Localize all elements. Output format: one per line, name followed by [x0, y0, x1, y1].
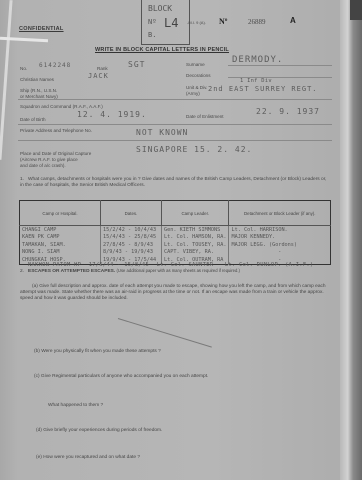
surname-value: DERMODY.	[232, 55, 283, 65]
cell-camp: NONG I. SIAM	[20, 249, 101, 257]
cell-camp: TAMAKAN, SIAM.	[20, 241, 101, 249]
table-row: KAEN PK CAMP 15/4/43 - 25/8/45 Lt. Col. …	[20, 234, 331, 242]
row-divider	[18, 124, 332, 125]
header-detachment-leader: Detachment or Block Leader (if any).	[229, 201, 331, 226]
q1-number: 1.	[20, 177, 24, 182]
stamp-handwritten: L4	[164, 16, 178, 30]
cell-dates: 15/2/42 - 10/4/43	[101, 226, 162, 234]
block-stamp: BLOCK Nº B. L4	[141, 0, 190, 45]
form-heading: WRITE IN BLOCK CAPITAL LETTERS IN PENCIL	[95, 47, 229, 53]
squadron-label: Squadron and Command (R.A.F., A.A.F.)	[20, 104, 103, 109]
form-code: -M.I. 9 (A).	[187, 20, 206, 25]
paper-clip	[0, 0, 13, 160]
cell-camp-leader: Gen. KIETH SIMMONS	[162, 226, 229, 234]
number-label: Nº	[219, 17, 227, 26]
ship-label: Ship (R.N., U.S.N.	[20, 88, 57, 93]
question-2c-followup: What happened to them ?	[48, 403, 103, 408]
cell-camp: CHANGI CAMP	[20, 226, 101, 234]
no-label: No.	[20, 66, 27, 71]
decorations-label: Decorations	[186, 73, 211, 78]
cell-camp: KAEN PK CAMP	[20, 234, 101, 242]
surname-label: Surname	[186, 62, 205, 67]
capture-value: SINGAPORE 15. 2. 42.	[136, 145, 252, 154]
header-camp: Camp or Hospital.	[20, 201, 101, 226]
question-2c: (c) Give Regimental particulars of anyon…	[34, 374, 208, 379]
rank-label: Rank	[97, 66, 108, 71]
q2-title-suffix: (Use additional paper with as many sheet…	[117, 268, 240, 273]
strike-line	[118, 318, 212, 348]
unit-label: Unit & Div.	[186, 85, 207, 90]
camp-table: Camp or Hospital. Dates. Camp Leader. De…	[19, 200, 331, 265]
capture-label: Place and Date of Original Capture	[20, 151, 91, 156]
form-suffix: A	[290, 16, 296, 25]
document-page: BLOCK Nº B. L4 -M.I. 9 (A). Nº 26889 A C…	[0, 0, 350, 480]
question-2a: (a) Give full description and approx. da…	[20, 284, 332, 302]
q2-number: 2.	[20, 269, 24, 274]
christian-names-value: JACK	[88, 72, 109, 80]
question-2b: (b) Were you physically fit when you mad…	[34, 349, 161, 354]
table-row: NONG I. SIAM 8/9/43 - 19/9/43 CAPT. VIBE…	[20, 249, 331, 257]
stamp-b: B.	[148, 31, 156, 39]
background-corner	[350, 0, 362, 20]
table-row: CHANGI CAMP 15/2/42 - 10/4/43 Gen. KIETH…	[20, 226, 331, 234]
cell-detachment-leader: MAJOR KENNEDY.	[229, 234, 331, 242]
cell-detachment-leader: -	[229, 249, 331, 257]
form-number: 26889	[248, 18, 266, 26]
cell-detachment-leader: MAJOR LEGG. (Gordons)	[229, 241, 331, 249]
address-label: Private Address and Telephone No.	[20, 128, 92, 133]
stamp-block: BLOCK	[148, 4, 172, 13]
dob-value: 12. 4. 1919.	[77, 110, 147, 119]
question-2d: (d) Give briefly your experiences during…	[36, 428, 162, 433]
unit-value: 2nd EAST SURREY REGT.	[208, 85, 318, 93]
capture-label-3: and date of a/c crash).	[20, 163, 66, 168]
address-value: NOT KNOWN	[136, 128, 188, 137]
row-divider	[18, 140, 332, 141]
page-edge	[340, 0, 362, 480]
classification: CONFIDENTIAL	[19, 26, 64, 32]
unit-note: 1 Inf Div	[240, 78, 272, 84]
surname-line	[228, 65, 332, 66]
header-camp-leader: Camp Leader.	[162, 201, 229, 226]
question-2-title: 2. ESCAPES OR ATTEMPTED ESCAPES. (Use ad…	[20, 268, 240, 274]
no-value: 6142248	[39, 62, 71, 69]
unit-label-2: (Army)	[186, 91, 200, 96]
cell-camp-leader: CAPT. VIBEY, RA.	[162, 249, 229, 257]
rank-value: SGT	[128, 60, 145, 69]
cell-dates: 15/4/43 - 25/8/45	[101, 234, 162, 242]
table-row: TAMAKAN, SIAM. 27/8/45 - 8/9/43 Lt. Col.…	[20, 241, 331, 249]
header-dates: Dates.	[101, 201, 162, 226]
question-1: 1. What camps, detachments or hospitals …	[20, 177, 330, 189]
q2-title: ESCAPES OR ATTEMPTED ESCAPES.	[28, 269, 115, 274]
christian-names-label: Christian Names	[20, 77, 54, 82]
row-divider	[18, 99, 332, 100]
cell-detachment-leader: Lt. Col. HARRISON.	[229, 226, 331, 234]
cell-camp-leader: Lt. Col. TOUSEY, RA.	[162, 241, 229, 249]
q1-text: What camps, detachments or hospitals wer…	[20, 177, 326, 188]
enlistment-label: Date of Enlistment	[186, 114, 224, 119]
table-header-row: Camp or Hospital. Dates. Camp Leader. De…	[20, 201, 331, 226]
capture-label-2: (Aircrew R.A.F. to give place	[20, 157, 78, 162]
cell-dates: 8/9/43 - 19/9/43	[101, 249, 162, 257]
cell-dates: 27/8/45 - 8/9/43	[101, 241, 162, 249]
enlistment-value: 22. 9. 1937	[256, 107, 320, 116]
question-2e: (e) How were you recaptured and on what …	[36, 455, 140, 460]
stamp-no: Nº	[148, 18, 156, 26]
dob-label: Date of Birth	[20, 117, 46, 122]
cell-camp-leader: Lt. Col. HAMSON, RA.	[162, 234, 229, 242]
